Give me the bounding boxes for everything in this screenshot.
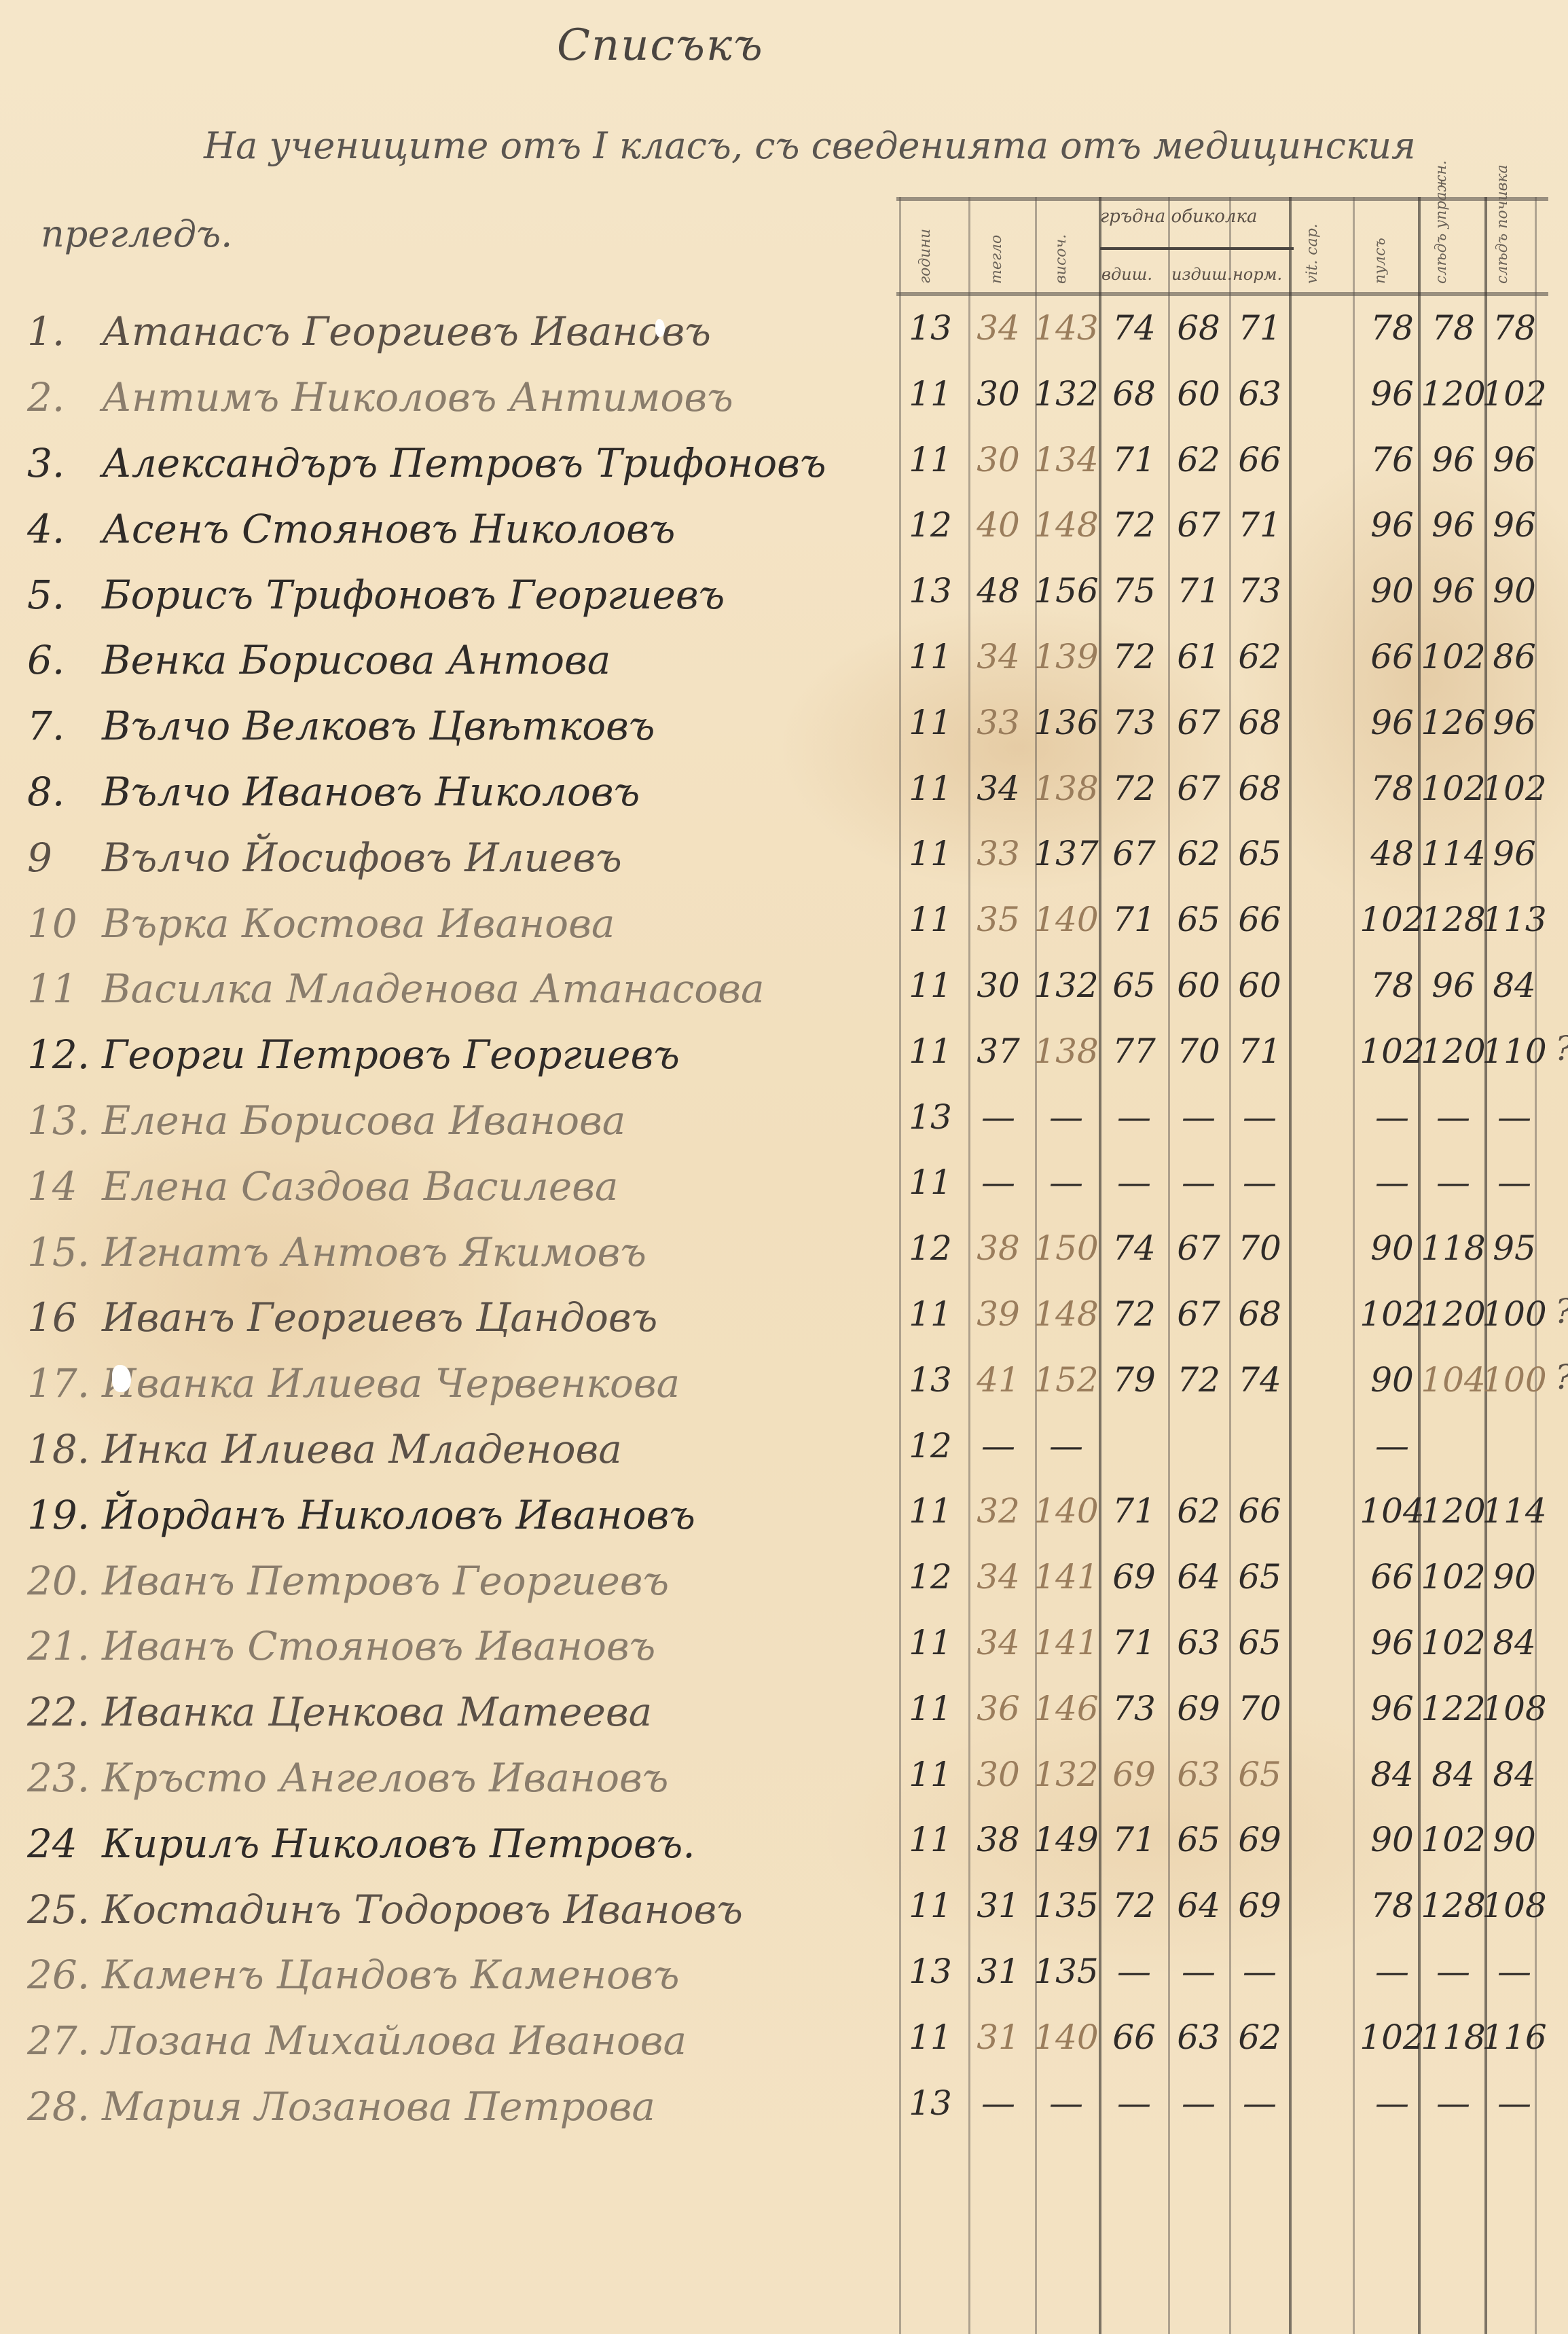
cell-p2: 102 [1419, 637, 1487, 676]
cell-chest-in: 71 [1100, 1623, 1168, 1662]
student-name-row: 22.Иванка Ценкова Матеева [27, 1679, 896, 1745]
table-row: 1130132656060789684 [896, 956, 1568, 1022]
cell-weight: 33 [971, 834, 1025, 873]
student-name: Вълчо Велковъ Цвѣтковъ [102, 703, 655, 749]
student-name-row: 4.Асенъ Стояновъ Николовъ [27, 496, 896, 562]
cell-p1: 96 [1358, 505, 1426, 545]
cell-chest-norm: 71 [1229, 505, 1290, 545]
cell-height: — [1032, 1426, 1100, 1465]
cell-p2: — [1419, 1163, 1487, 1202]
cell-chest-norm: — [1229, 1097, 1290, 1137]
cell-p3: 86 [1480, 637, 1548, 676]
cell-p3: 110 [1480, 1032, 1548, 1071]
cell-chest-in: 69 [1100, 1557, 1168, 1597]
student-name-row: 18.Инка Илиева Младенова [27, 1417, 896, 1482]
cell-chest-out: 67 [1168, 505, 1229, 545]
cell-p1: 78 [1358, 966, 1426, 1005]
student-number: 12. [27, 1032, 102, 1078]
cell-p1: 90 [1358, 1360, 1426, 1400]
table-row: 12341416964656610290 [896, 1548, 1568, 1613]
student-name: Кръсто Ангеловъ Ивановъ [102, 1755, 668, 1801]
student-name: Иванъ Петровъ Георгиевъ [102, 1558, 669, 1604]
student-number: 6. [27, 637, 102, 683]
cell-p3: — [1480, 1952, 1548, 1991]
student-number: 19. [27, 1492, 102, 1538]
cell-weight: 31 [971, 2018, 1025, 2057]
cell-chest-in: 75 [1100, 571, 1168, 610]
cell-weight: 37 [971, 1032, 1025, 1071]
student-name-row: 24Кирилъ Николовъ Петровъ. [27, 1810, 896, 1876]
header-pulse-rest: слѣдъ почивка [1494, 164, 1511, 284]
header-top-rule [896, 197, 1548, 201]
student-name: Иванъ Стояновъ Ивановъ [102, 1623, 655, 1669]
cell-weight: 30 [971, 1755, 1025, 1794]
cell-age: 13 [903, 1097, 958, 1137]
header-chest-norm: норм. [1233, 265, 1282, 284]
cell-weight: 34 [971, 308, 1025, 348]
cell-chest-in: 67 [1100, 834, 1168, 873]
cell-age: 11 [903, 1163, 958, 1202]
cell-p2: 96 [1419, 571, 1487, 610]
cell-height: — [1032, 1163, 1100, 1202]
student-number: 17. [27, 1360, 102, 1406]
cell-height: 132 [1032, 966, 1100, 1005]
cell-chest-norm: 70 [1229, 1689, 1290, 1728]
cell-p3: 84 [1480, 966, 1548, 1005]
cell-chest-out: — [1168, 2083, 1229, 2123]
student-name-row: 14Елена Саздова Василева [27, 1153, 896, 1219]
cell-weight: — [971, 1097, 1025, 1137]
student-name-row: 12.Георги Петровъ Георгиевъ [27, 1022, 896, 1088]
cell-height: 134 [1032, 440, 1100, 479]
cell-chest-out: 64 [1168, 1557, 1229, 1597]
student-name: Иванъ Георгиевъ Цандовъ [102, 1294, 657, 1341]
cell-height: 150 [1032, 1228, 1100, 1268]
student-number: 23. [27, 1755, 102, 1801]
cell-weight: — [971, 2083, 1025, 2123]
cell-chest-out: 64 [1168, 1886, 1229, 1925]
cell-weight: 34 [971, 637, 1025, 676]
cell-p2: 102 [1419, 1623, 1487, 1662]
cell-p2: — [1419, 2083, 1487, 2123]
cell-p1: 102 [1358, 1294, 1426, 1334]
cell-height: 138 [1032, 1032, 1100, 1071]
table-row: 1130132696365848484 [896, 1745, 1568, 1811]
cell-p1: 96 [1358, 1623, 1426, 1662]
cell-p1: 102 [1358, 900, 1426, 939]
margin-note: ? [1555, 1292, 1568, 1331]
table-row: 1240148726771969696 [896, 496, 1568, 562]
cell-chest-out: — [1168, 1952, 1229, 1991]
cell-p3: 96 [1480, 505, 1548, 545]
cell-p2: 96 [1419, 505, 1487, 545]
student-name-row: 17.Иванка Илиева Червенкова [27, 1351, 896, 1417]
cell-chest-in: — [1100, 2083, 1168, 2123]
cell-p1: 102 [1358, 2018, 1426, 2057]
cell-weight: 32 [971, 1491, 1025, 1531]
cell-height: 135 [1032, 1952, 1100, 1991]
paper-hole [112, 1365, 131, 1392]
header-pulse: пулсъ [1372, 238, 1389, 284]
table-row: 1139148726768102120100? [896, 1285, 1568, 1351]
cell-chest-out: 72 [1168, 1360, 1229, 1400]
cell-chest-in: 71 [1100, 900, 1168, 939]
student-name-row: 15.Игнатъ Антовъ Якимовъ [27, 1219, 896, 1285]
cell-p3: — [1480, 1163, 1548, 1202]
student-number: 22. [27, 1689, 102, 1735]
cell-weight: — [971, 1163, 1025, 1202]
cell-height: 140 [1032, 900, 1100, 939]
cell-height: 148 [1032, 505, 1100, 545]
cell-chest-out: 68 [1168, 308, 1229, 348]
table-row: 11341417163659610284 [896, 1613, 1568, 1679]
student-name-row: 10Върка Костова Иванова [27, 890, 896, 956]
cell-chest-norm: 74 [1229, 1360, 1290, 1400]
cell-weight: 34 [971, 1557, 1025, 1597]
cell-age: 11 [903, 703, 958, 742]
cell-weight: 36 [971, 1689, 1025, 1728]
table-row: 1135140716566102128113 [896, 890, 1568, 956]
cell-chest-out: 67 [1168, 703, 1229, 742]
student-name: Вълчо Ивановъ Николовъ [102, 769, 640, 815]
cell-age: 11 [903, 769, 958, 808]
cell-chest-norm: 70 [1229, 1228, 1290, 1268]
cell-p3: 100 [1480, 1294, 1548, 1334]
cell-p3: 108 [1480, 1886, 1548, 1925]
cell-age: 13 [903, 308, 958, 348]
cell-p1: 104 [1358, 1491, 1426, 1531]
cell-p1: 78 [1358, 1886, 1426, 1925]
cell-p1: 48 [1358, 834, 1426, 873]
cell-height: 136 [1032, 703, 1100, 742]
cell-age: 12 [903, 1557, 958, 1597]
student-number: 11 [27, 966, 102, 1012]
cell-chest-in: 72 [1100, 769, 1168, 808]
cell-p1: 76 [1358, 440, 1426, 479]
cell-chest-out: 65 [1168, 900, 1229, 939]
cell-chest-out: 62 [1168, 440, 1229, 479]
cell-p3: 100 [1480, 1360, 1548, 1400]
cell-p1: 66 [1358, 637, 1426, 676]
student-name: Иванка Илиева Червенкова [102, 1360, 680, 1406]
cell-chest-norm: 66 [1229, 440, 1290, 479]
cell-age: 11 [903, 440, 958, 479]
cell-p2: 120 [1419, 374, 1487, 414]
cell-age: 11 [903, 834, 958, 873]
cell-p2: 104 [1419, 1360, 1487, 1400]
cell-p2: 120 [1419, 1032, 1487, 1071]
student-name: Йорданъ Николовъ Ивановъ [102, 1492, 695, 1538]
cell-chest-in: 66 [1100, 2018, 1168, 2057]
cell-chest-norm: — [1229, 2083, 1290, 2123]
paper-hole [655, 319, 665, 337]
cell-age: 12 [903, 1426, 958, 1465]
cell-chest-in: 74 [1100, 1228, 1168, 1268]
cell-chest-norm: 68 [1229, 703, 1290, 742]
cell-height: 132 [1032, 1755, 1100, 1794]
cell-chest-out: 67 [1168, 769, 1229, 808]
header-vital: vit. cap. [1304, 223, 1321, 284]
cell-weight: 41 [971, 1360, 1025, 1400]
cell-weight: 35 [971, 900, 1025, 939]
student-number: 10 [27, 900, 102, 947]
student-name: Иванка Ценкова Матеева [102, 1689, 652, 1735]
cell-p2: 96 [1419, 440, 1487, 479]
cell-chest-norm: 65 [1229, 1755, 1290, 1794]
cell-p2: 102 [1419, 1557, 1487, 1597]
cell-height: 141 [1032, 1557, 1100, 1597]
cell-p1: — [1358, 2083, 1426, 2123]
cell-p2: 126 [1419, 703, 1487, 742]
cell-p1: 102 [1358, 1032, 1426, 1071]
cell-weight: 34 [971, 1623, 1025, 1662]
student-name-row: 26.Каменъ Цандовъ Каменовъ [27, 1942, 896, 2008]
cell-p2: 128 [1419, 1886, 1487, 1925]
student-number: 13. [27, 1097, 102, 1144]
cell-chest-norm: 69 [1229, 1886, 1290, 1925]
cell-chest-in: 72 [1100, 637, 1168, 676]
table-row: 1130134716266769696 [896, 431, 1568, 496]
student-name: Костадинъ Тодоровъ Ивановъ [102, 1886, 743, 1933]
student-name: Василка Младенова Атанасова [102, 966, 765, 1012]
table-row: 11331367367689612696 [896, 693, 1568, 759]
cell-height: 139 [1032, 637, 1100, 676]
student-name-row: 11Василка Младенова Атанасова [27, 956, 896, 1022]
header-chest-out: издиш. [1171, 265, 1233, 284]
cell-p3: 96 [1480, 703, 1548, 742]
cell-p3: 95 [1480, 1228, 1548, 1268]
cell-age: 11 [903, 1689, 958, 1728]
table-row: 12381507467709011895 [896, 1219, 1568, 1285]
cell-weight: 39 [971, 1294, 1025, 1334]
student-number: 24 [27, 1821, 102, 1867]
cell-chest-norm: 68 [1229, 1294, 1290, 1334]
student-name: Инка Илиева Младенова [102, 1426, 622, 1472]
cell-p3: 96 [1480, 440, 1548, 479]
student-name: Борисъ Трифоновъ Георгиевъ [102, 572, 725, 618]
table-row: 1132140716266104120114 [896, 1482, 1568, 1548]
cell-height: 152 [1032, 1360, 1100, 1400]
student-name: Венка Борисова Антова [102, 637, 610, 683]
table-row: 113413872676878102102 [896, 759, 1568, 825]
student-number: 4. [27, 506, 102, 552]
cell-p2: 84 [1419, 1755, 1487, 1794]
table-row: 134115279727490104100? [896, 1351, 1568, 1417]
student-name-row: 25.Костадинъ Тодоровъ Ивановъ [27, 1876, 896, 1942]
cell-p3: 102 [1480, 769, 1548, 808]
cell-p1: 96 [1358, 703, 1426, 742]
student-name-row: 8.Вълчо Ивановъ Николовъ [27, 759, 896, 825]
student-name-row: 27.Лозана Михайлова Иванова [27, 2008, 896, 2074]
student-name: Георги Петровъ Георгиевъ [102, 1032, 680, 1078]
cell-weight: 38 [971, 1228, 1025, 1268]
student-number: 3. [27, 440, 102, 486]
cell-chest-in: 73 [1100, 703, 1168, 742]
cell-chest-norm: 66 [1229, 1491, 1290, 1531]
table-row: 1334143746871787878 [896, 299, 1568, 365]
cell-weight: 33 [971, 703, 1025, 742]
table-row: 1348156757173909690 [896, 562, 1568, 627]
student-name-row: 23.Кръсто Ангеловъ Ивановъ [27, 1745, 896, 1811]
cell-height: — [1032, 1097, 1100, 1137]
cell-chest-in: 68 [1100, 374, 1168, 414]
cell-chest-out: 63 [1168, 1623, 1229, 1662]
cell-p2: 114 [1419, 834, 1487, 873]
cell-chest-out: 71 [1168, 571, 1229, 610]
cell-height: 132 [1032, 374, 1100, 414]
cell-chest-in: 72 [1100, 1294, 1168, 1334]
cell-height: 138 [1032, 769, 1100, 808]
cell-chest-in: 74 [1100, 308, 1168, 348]
student-name: Александъръ Петровъ Трифоновъ [102, 440, 826, 486]
header-pulse-after: слѣдъ упражн. [1433, 160, 1450, 284]
cell-age: 11 [903, 966, 958, 1005]
student-name-row: 5.Борисъ Трифоновъ Георгиевъ [27, 562, 896, 627]
cell-age: 13 [903, 1952, 958, 1991]
cell-weight: 40 [971, 505, 1025, 545]
cell-chest-out: 62 [1168, 1491, 1229, 1531]
table-row: 13———————— [896, 1088, 1568, 1154]
table-row: 12——— [896, 1417, 1568, 1482]
cell-age: 11 [903, 1032, 958, 1071]
student-name-row: 20.Иванъ Петровъ Георгиевъ [27, 1548, 896, 1613]
cell-weight: 38 [971, 1820, 1025, 1859]
cell-age: 11 [903, 1294, 958, 1334]
student-number: 16 [27, 1294, 102, 1341]
cell-chest-out: 63 [1168, 2018, 1229, 2057]
cell-p1: 96 [1358, 374, 1426, 414]
cell-chest-out: 63 [1168, 1755, 1229, 1794]
cell-p2: 102 [1419, 1820, 1487, 1859]
margin-note: ? [1555, 1029, 1568, 1068]
document-title: Списъкъ [557, 20, 764, 71]
student-name-row: 9Вълчо Йосифовъ Илиевъ [27, 824, 896, 890]
student-name-row: 6.Венка Борисова Антова [27, 627, 896, 693]
cell-age: 11 [903, 900, 958, 939]
cell-age: 13 [903, 571, 958, 610]
cell-chest-in: 77 [1100, 1032, 1168, 1071]
cell-chest-in: — [1100, 1163, 1168, 1202]
student-name-row: 13.Елена Борисова Иванова [27, 1088, 896, 1154]
student-number: 9 [27, 835, 102, 881]
table-row: 113614673697096122108 [896, 1679, 1568, 1745]
cell-height: 146 [1032, 1689, 1100, 1728]
cell-chest-norm: — [1229, 1952, 1290, 1991]
cell-weight: 30 [971, 966, 1025, 1005]
cell-chest-norm: 62 [1229, 637, 1290, 676]
student-number: 20. [27, 1558, 102, 1604]
cell-chest-norm: 73 [1229, 571, 1290, 610]
cell-chest-norm: 69 [1229, 1820, 1290, 1859]
cell-chest-out: 69 [1168, 1689, 1229, 1728]
student-name: Елена Борисова Иванова [102, 1097, 625, 1144]
cell-p2: 120 [1419, 1294, 1487, 1334]
cell-weight: — [971, 1426, 1025, 1465]
cell-age: 11 [903, 1886, 958, 1925]
student-number: 15. [27, 1229, 102, 1275]
cell-weight: 30 [971, 374, 1025, 414]
student-name-row: 7.Вълчо Велковъ Цвѣтковъ [27, 693, 896, 759]
cell-p3: 90 [1480, 1820, 1548, 1859]
cell-chest-out: 67 [1168, 1228, 1229, 1268]
cell-height: 140 [1032, 1491, 1100, 1531]
cell-p3: 114 [1480, 1491, 1548, 1531]
cell-weight: 48 [971, 571, 1025, 610]
cell-chest-norm: 65 [1229, 1557, 1290, 1597]
cell-p3: 96 [1480, 834, 1548, 873]
cell-height: 148 [1032, 1294, 1100, 1334]
cell-chest-in: 71 [1100, 1820, 1168, 1859]
student-name: Вълчо Йосифовъ Илиевъ [102, 835, 622, 881]
table-row: 113113572646978128108 [896, 1876, 1568, 1942]
cell-chest-out: 62 [1168, 834, 1229, 873]
student-name: Върка Костова Иванова [102, 900, 615, 947]
cell-chest-in: 79 [1100, 1360, 1168, 1400]
cell-age: 12 [903, 505, 958, 545]
cell-chest-out: 70 [1168, 1032, 1229, 1071]
student-name-row: 2.Антимъ Николовъ Антимовъ [27, 365, 896, 431]
cell-chest-out: — [1168, 1163, 1229, 1202]
student-number: 21. [27, 1623, 102, 1669]
cell-chest-out: 60 [1168, 374, 1229, 414]
student-number: 25. [27, 1886, 102, 1933]
student-names: 1.Атанасъ Георгиевъ Ивановъ2.Антимъ Нико… [27, 299, 896, 2139]
cell-chest-in: 69 [1100, 1755, 1168, 1794]
cell-chest-norm: 62 [1229, 2018, 1290, 2057]
cell-p3: 90 [1480, 1557, 1548, 1597]
cell-p3: 90 [1480, 571, 1548, 610]
cell-p1: 78 [1358, 769, 1426, 808]
cell-p3: — [1480, 1097, 1548, 1137]
student-name: Кирилъ Николовъ Петровъ. [102, 1821, 695, 1867]
student-name-row: 3.Александъръ Петровъ Трифоновъ [27, 431, 896, 496]
student-name-row: 21.Иванъ Стояновъ Ивановъ [27, 1613, 896, 1679]
cell-p1: 84 [1358, 1755, 1426, 1794]
cell-weight: 31 [971, 1886, 1025, 1925]
cell-p2: — [1419, 1097, 1487, 1137]
cell-age: 11 [903, 374, 958, 414]
header-chest-group: гръдна обиколка [1100, 206, 1258, 227]
student-name: Каменъ Цандовъ Каменовъ [102, 1952, 680, 1998]
cell-age: 11 [903, 1820, 958, 1859]
cell-weight: 30 [971, 440, 1025, 479]
cell-age: 11 [903, 1491, 958, 1531]
cell-p2: 118 [1419, 2018, 1487, 2057]
student-name: Игнатъ Антовъ Якимовъ [102, 1229, 646, 1275]
student-name-row: 16Иванъ Георгиевъ Цандовъ [27, 1285, 896, 1351]
cell-height: 135 [1032, 1886, 1100, 1925]
student-name-row: 28.Мария Лозанова Петрова [27, 2074, 896, 2140]
cell-p2: 120 [1419, 1491, 1487, 1531]
cell-p3: 78 [1480, 308, 1548, 348]
student-name: Елена Саздова Василева [102, 1163, 619, 1209]
cell-age: 11 [903, 2018, 958, 2057]
cell-chest-out: 60 [1168, 966, 1229, 1005]
student-number: 7. [27, 703, 102, 749]
header-age: години [917, 229, 934, 284]
student-number: 5. [27, 572, 102, 618]
cell-weight: 31 [971, 1952, 1025, 1991]
student-name: Атанасъ Георгиевъ Ивановъ [102, 308, 711, 354]
header-weight: тегло [988, 235, 1005, 284]
cell-age: 13 [903, 2083, 958, 2123]
cell-chest-norm: 60 [1229, 966, 1290, 1005]
table-row: 11331376762654811496 [896, 824, 1568, 890]
cell-p1: 66 [1358, 1557, 1426, 1597]
cell-age: 12 [903, 1228, 958, 1268]
cell-p2: 96 [1419, 966, 1487, 1005]
cell-age: 13 [903, 1360, 958, 1400]
